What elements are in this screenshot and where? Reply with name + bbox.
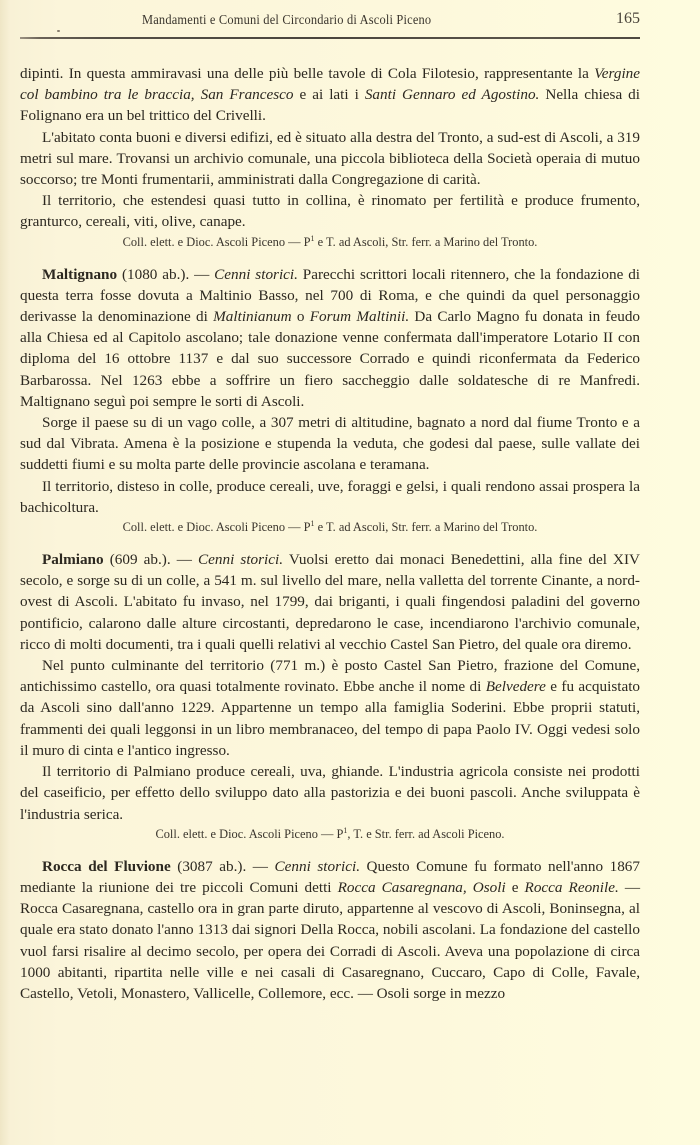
paragraph: L'abitato conta buoni e diversi edifizi,… [20, 127, 640, 191]
electoral-college-note: Coll. elett. e Dioc. Ascoli Piceno — P1,… [20, 825, 640, 844]
italic-text: Rocca Casaregnana, Osoli [338, 879, 506, 896]
header-rule [20, 37, 640, 39]
body-text: dipinti. In questa ammiravasi una delle … [20, 63, 640, 1004]
paragraph: Sorge il paese su di un vago colle, a 30… [20, 412, 640, 476]
running-title: Mandamenti e Comuni del Circondario di A… [142, 12, 431, 28]
paragraph: Il territorio di Palmiano produce cereal… [20, 761, 640, 825]
electoral-college-note: Coll. elett. e Dioc. Ascoli Piceno — P1 … [20, 233, 640, 252]
italic-text: Belvedere [486, 678, 546, 695]
paragraph: Palmiano (609 ab.). — Cenni storici. Vuo… [20, 549, 640, 655]
section-maltignano: Maltignano (1080 ab.). — Cenni storici. … [20, 264, 640, 537]
italic-text: Cenni storici. [275, 858, 360, 875]
entry-heading: Palmiano [42, 551, 104, 568]
paragraph: Maltignano (1080 ab.). — Cenni storici. … [20, 264, 640, 412]
paragraph: Il territorio, disteso in colle, produce… [20, 476, 640, 518]
italic-text: Cenni storici. [198, 551, 283, 568]
book-page: Mandamenti e Comuni del Circondario di A… [20, 0, 640, 38]
page-number: 165 [616, 10, 640, 28]
entry-heading: Rocca del Fluvione [42, 858, 171, 875]
italic-text: Cenni storici. [214, 266, 298, 283]
italic-text: Santi Gennaro ed Agostino. [365, 86, 540, 103]
print-speck [57, 30, 60, 32]
section-palmiano: Palmiano (609 ab.). — Cenni storici. Vuo… [20, 549, 640, 844]
running-header: Mandamenti e Comuni del Circondario di A… [20, 0, 640, 38]
italic-text: Rocca Reonile. [525, 879, 619, 896]
electoral-college-note: Coll. elett. e Dioc. Ascoli Piceno — P1 … [20, 518, 640, 537]
italic-text: Maltinianum [213, 308, 291, 325]
entry-heading: Maltignano [42, 266, 117, 283]
paragraph: Il territorio, che estendesi quasi tutto… [20, 190, 640, 232]
paragraph: dipinti. In questa ammiravasi una delle … [20, 63, 640, 127]
section-rocca-del-fluvione: Rocca del Fluvione (3087 ab.). — Cenni s… [20, 856, 640, 1004]
italic-text: Forum Maltinii. [310, 308, 409, 325]
paragraph: Rocca del Fluvione (3087 ab.). — Cenni s… [20, 856, 640, 1004]
paragraph: Nel punto culminante del territorio (771… [20, 655, 640, 761]
section-continued-intro: dipinti. In questa ammiravasi una delle … [20, 63, 640, 252]
